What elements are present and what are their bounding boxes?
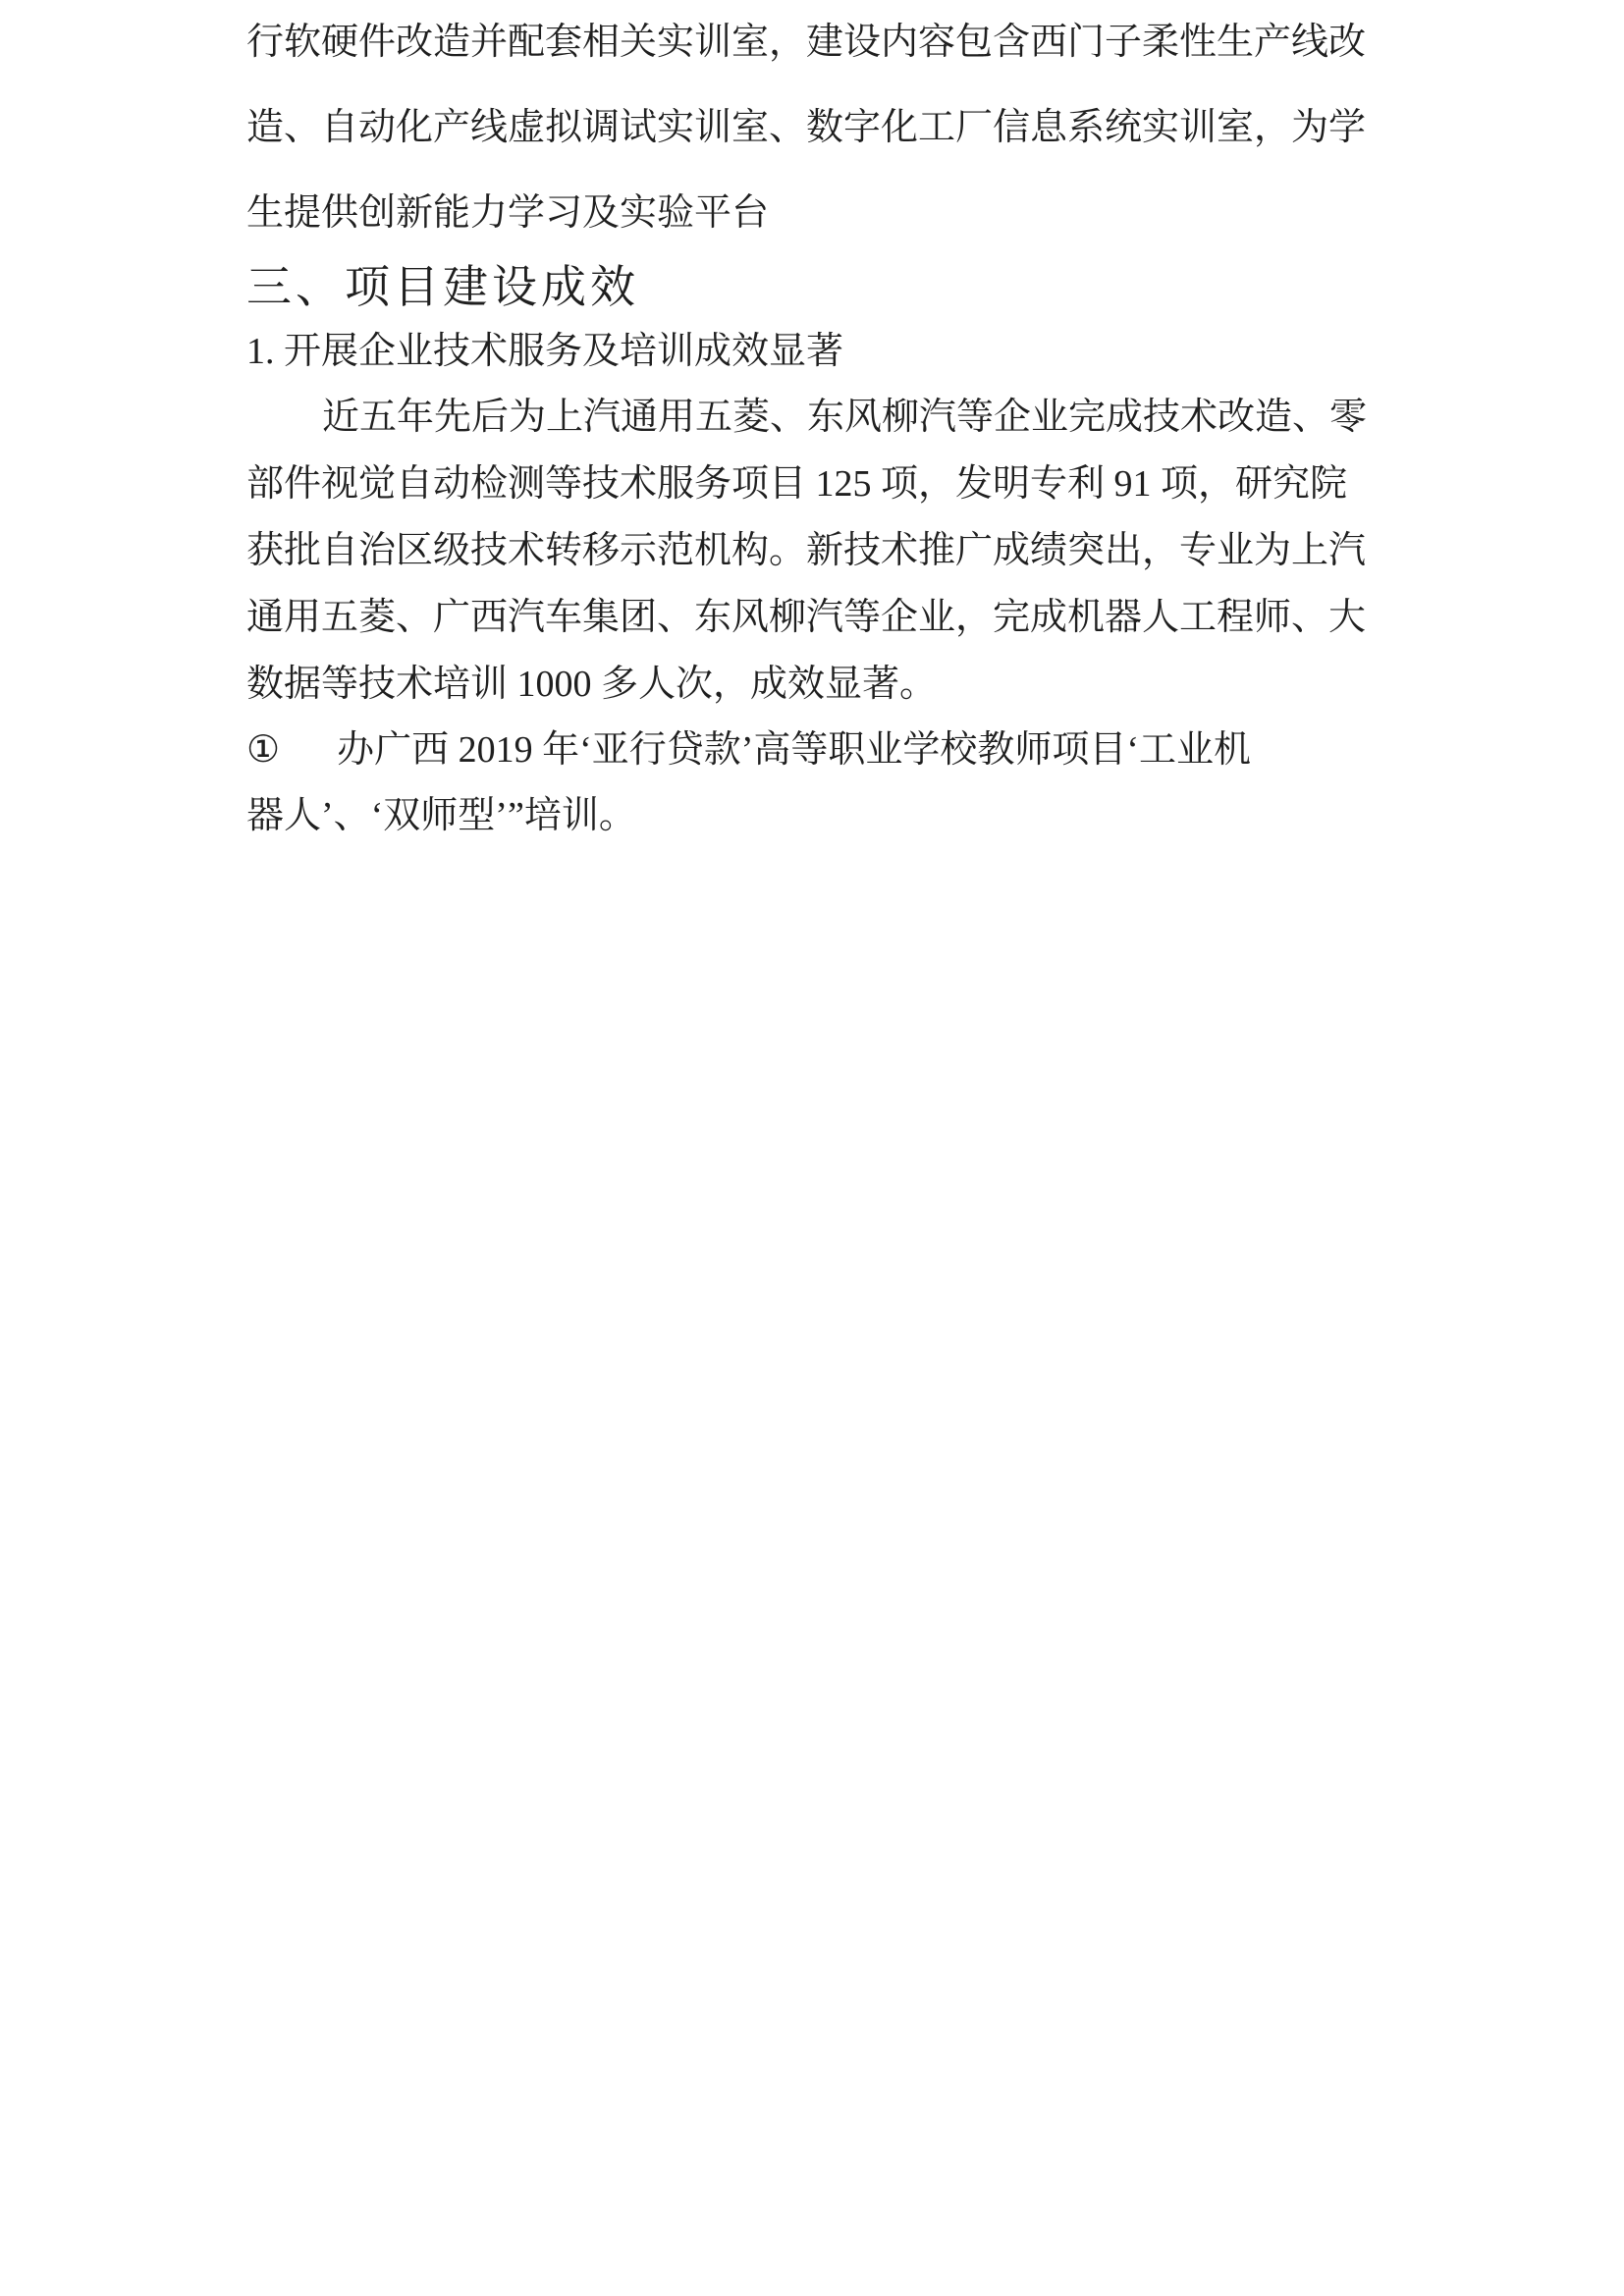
circled-one-marker: ① [246, 729, 280, 771]
body-paragraph: 近五年先后为上汽通用五菱、东风柳汽等企业完成技术改造、零 部件视觉自动检测等技术… [246, 384, 1385, 718]
numbered-item-text: 办广西 2019 年‘亚行贷款’高等职业学校教师项目‘工业机 器人’、‘双师型’… [246, 729, 1251, 836]
document-page: 行软硬件改造并配套相关实训室，建设内容包含西门子柔性生产线改 造、自动化产线虚拟… [0, 0, 1624, 2296]
numbered-list-item: ①办广西 2019 年‘亚行贷款’高等职业学校教师项目‘工业机 器人’、‘双师型… [246, 718, 1385, 849]
section-heading: 三、项目建设成效 [246, 256, 1385, 319]
continuation-paragraph: 行软硬件改造并配套相关实训室，建设内容包含西门子柔性生产线改 造、自动化产线虚拟… [246, 0, 1385, 256]
page-content: 行软硬件改造并配套相关实训室，建设内容包含西门子柔性生产线改 造、自动化产线虚拟… [246, 0, 1385, 849]
subsection-item: 1. 开展企业技术服务及培训成效显著 [246, 319, 1385, 384]
